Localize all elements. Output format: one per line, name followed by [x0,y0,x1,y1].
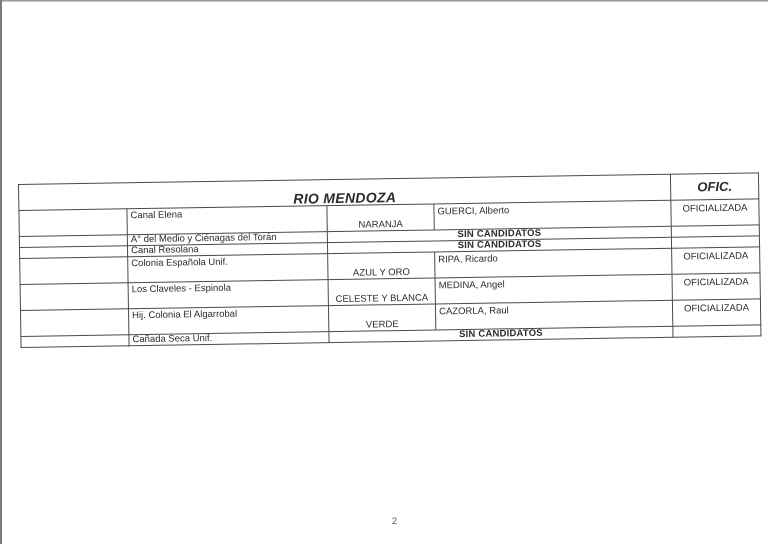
status-cell [673,325,761,337]
district-cell: Canal Elena [127,206,327,235]
color-cell: AZUL Y ORO [328,252,435,280]
candidate-cell: GUERCI, Alberto [434,200,671,230]
status-column-header: OFIC. [670,173,758,200]
scan-edge-top [0,0,768,2]
blank-cell [21,335,129,348]
color-cell: VERDE [328,304,435,332]
document-sheet: RIO MENDOZA OFIC. Canal Elena NARANJA GU… [18,172,760,348]
page-number: 2 [392,516,397,526]
status-cell: OFICIALIZADA [672,273,760,300]
status-cell: OFICIALIZADA [671,199,759,226]
blank-cell [19,209,127,237]
blank-cell [20,283,128,311]
district-cell: Cañada Seca Unif. [129,332,329,346]
candidates-table: RIO MENDOZA OFIC. Canal Elena NARANJA GU… [18,172,762,348]
district-cell: Hij. Colonia El Algarrobal [128,306,328,335]
blank-cell [20,309,128,337]
blank-cell [20,257,128,285]
candidate-cell: CAZORLA, Raul [435,300,672,330]
color-cell: CELESTE Y BLANCA [328,278,435,306]
status-cell: OFICIALIZADA [672,299,760,326]
district-cell: Los Claveles - Espinola [128,280,328,309]
status-cell: OFICIALIZADA [672,247,760,274]
candidate-cell: RIPA, Ricardo [435,248,672,278]
candidate-cell: MEDINA, Angel [435,274,672,304]
district-cell: Colonia Española Unif. [128,254,328,283]
color-cell: NARANJA [327,204,434,232]
scan-edge-left [0,0,2,544]
